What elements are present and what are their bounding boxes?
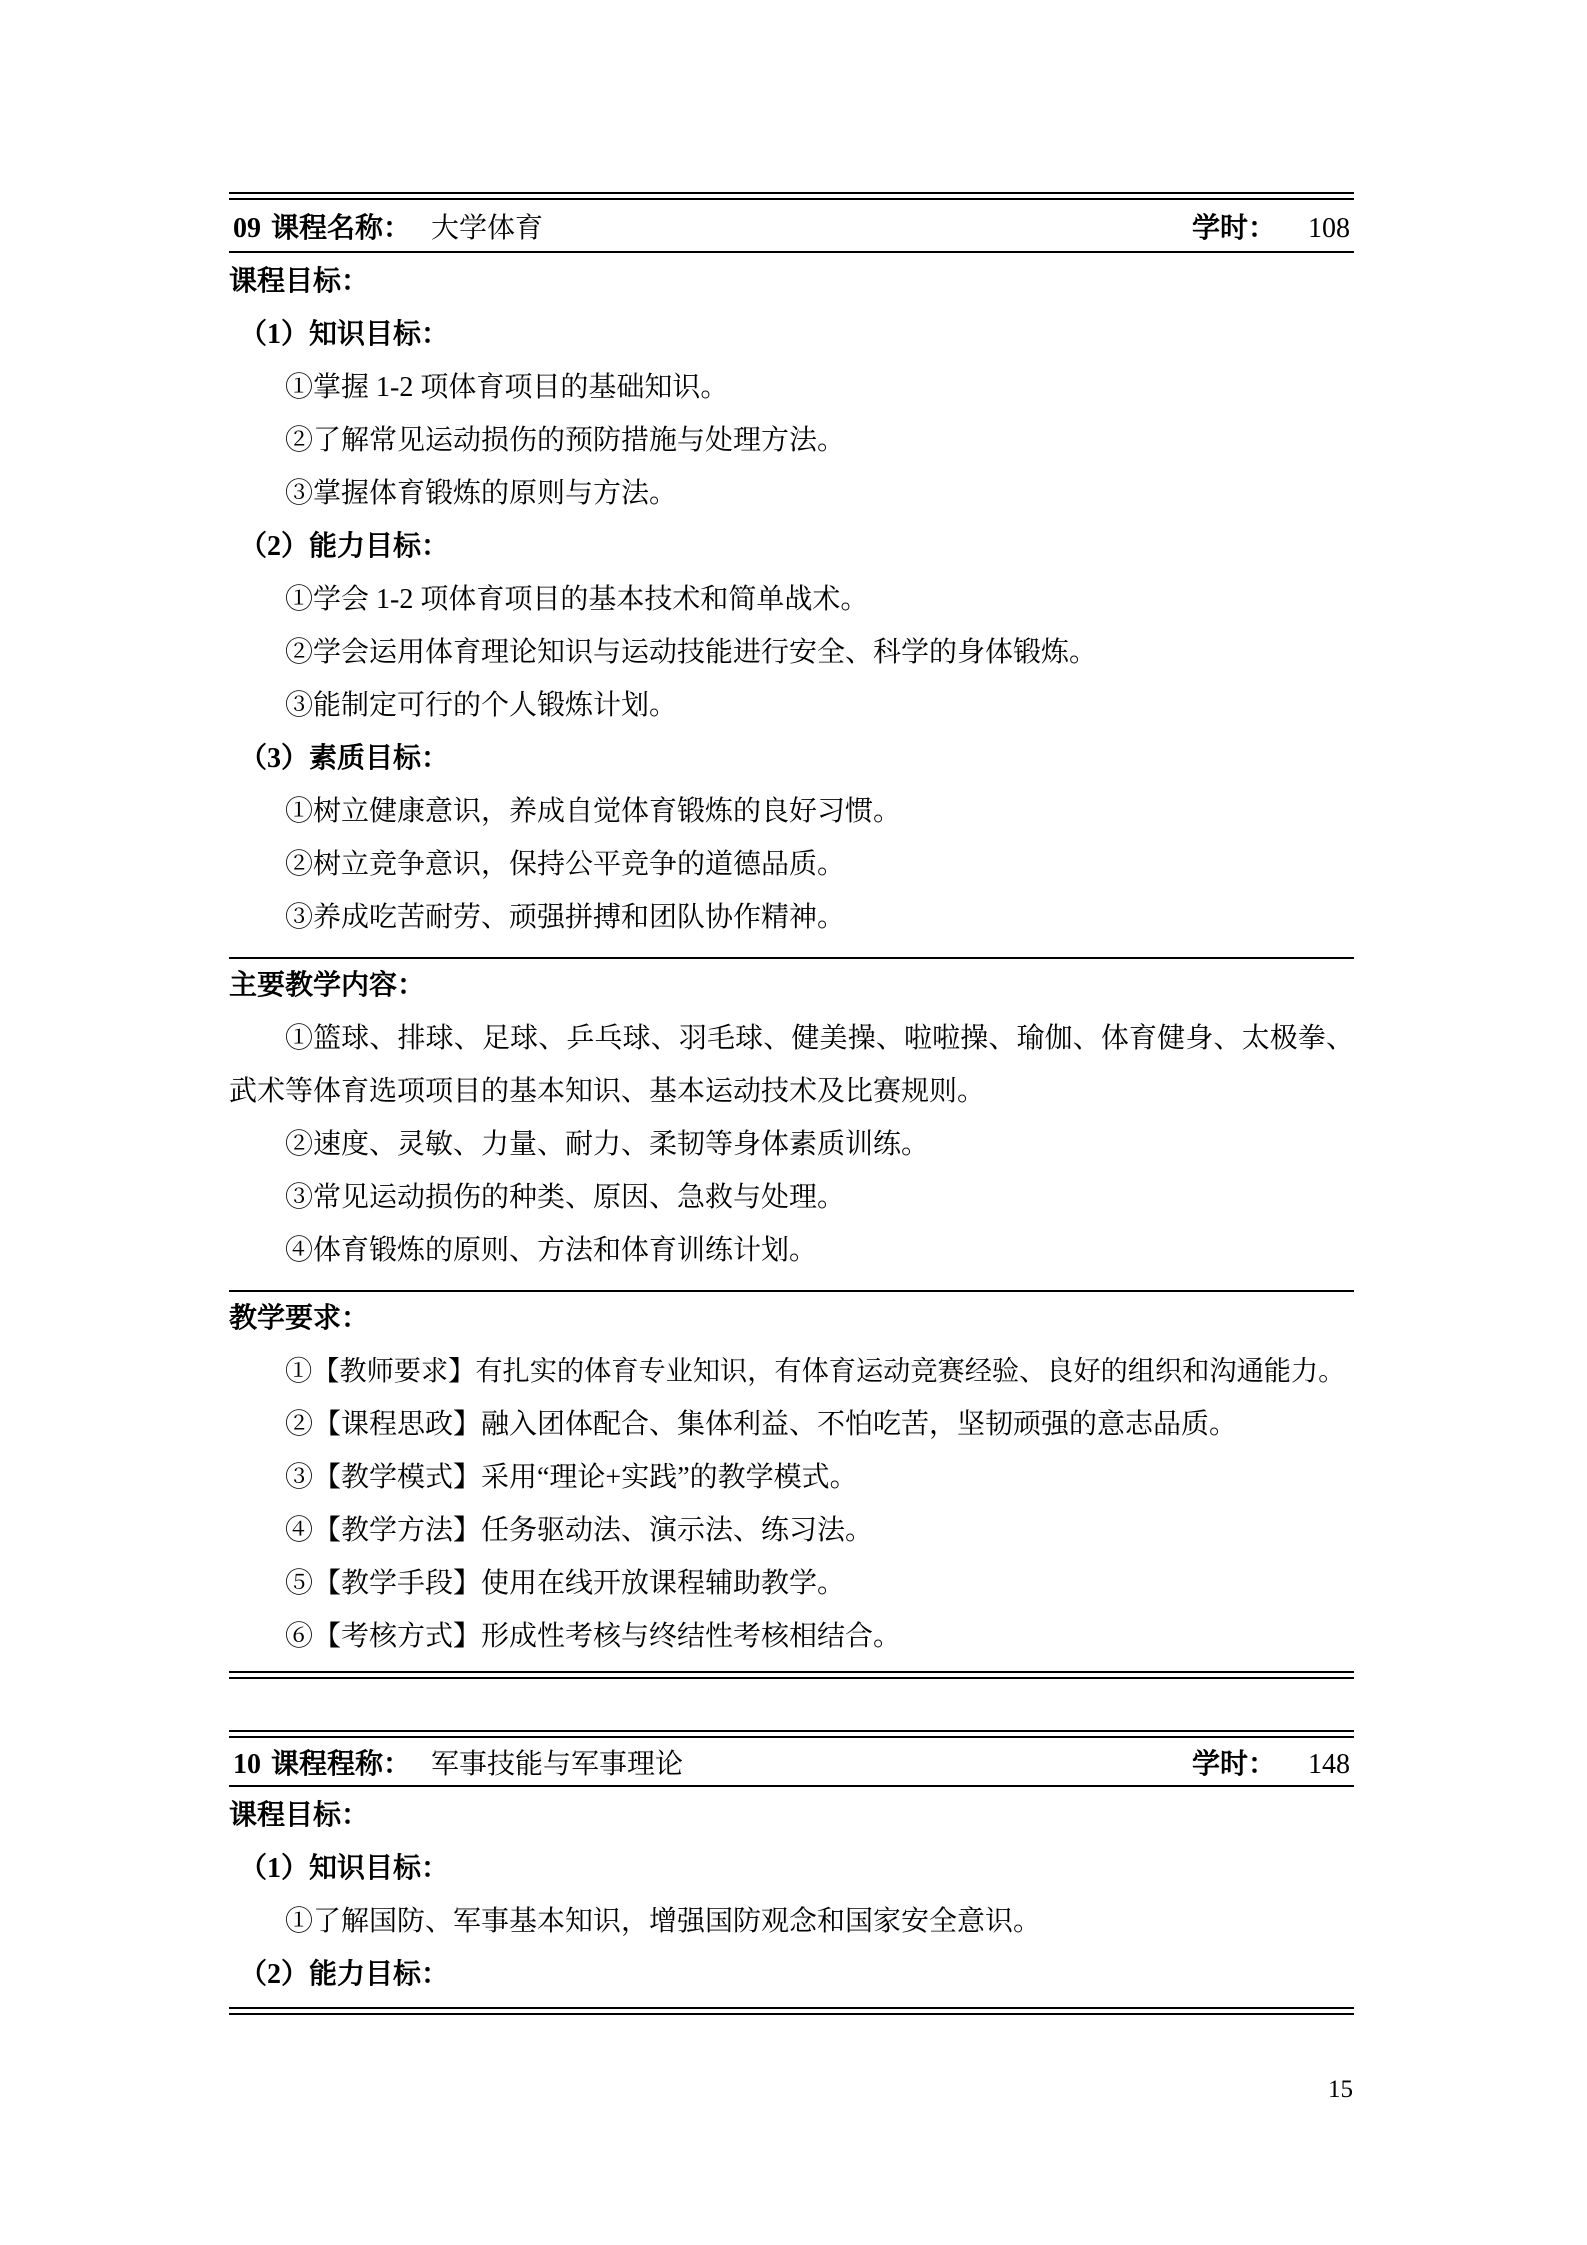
section-heading: 主要教学内容： bbox=[229, 959, 1354, 1012]
objective-item: ③掌握体育锻炼的原则与方法。 bbox=[229, 467, 1354, 520]
course-name-label: 课程程称： bbox=[271, 1742, 411, 1782]
objective-item: ③养成吃苦耐劳、顽强拼搏和团队协作精神。 bbox=[229, 891, 1354, 944]
objective-item: ①掌握 1-2 项体育项目的基础知识。 bbox=[229, 361, 1354, 414]
document-content: 09 课程名称： 大学体育 学时： 108 课程目标： （1）知识目标： ①掌握… bbox=[229, 192, 1354, 2015]
course-goals-part: 课程目标： （1）知识目标： ①掌握 1-2 项体育项目的基础知识。 ②了解常见… bbox=[229, 253, 1354, 944]
course-section-10: 10 课程程称： 军事技能与军事理论 学时： 148 课程目标： （1）知识目标… bbox=[229, 1730, 1354, 2015]
page-number: 15 bbox=[1328, 2076, 1353, 2104]
top-double-rule bbox=[229, 192, 1354, 200]
course-hours-group: 学时： 148 bbox=[1192, 1742, 1350, 1782]
class-hours-value: 148 bbox=[1308, 1749, 1350, 1781]
objective-subheading: （2）能力目标： bbox=[229, 520, 1354, 573]
content-item: ③常见运动损伤的种类、原因、急救与处理。 bbox=[229, 1171, 1354, 1224]
course-title-group: 09 课程名称： 大学体育 bbox=[233, 206, 543, 246]
course-hours-group: 学时： 108 bbox=[1192, 206, 1350, 246]
requirement-item: ②【课程思政】融入团体配合、集体利益、不怕吃苦，坚韧顽强的意志品质。 bbox=[229, 1398, 1354, 1451]
course-number: 09 bbox=[233, 213, 261, 245]
requirement-item: ⑥【考核方式】形成性考核与终结性考核相结合。 bbox=[229, 1610, 1354, 1663]
requirement-item: ③【教学模式】采用“理论+实践”的教学模式。 bbox=[229, 1451, 1354, 1504]
objective-subheading: （1）知识目标： bbox=[229, 1842, 1354, 1895]
bottom-double-rule bbox=[229, 2007, 1354, 2015]
course-title-group: 10 课程程称： 军事技能与军事理论 bbox=[233, 1742, 683, 1782]
content-item: ①篮球、排球、足球、乒乓球、羽毛球、健美操、啦啦操、瑜伽、体育健身、太极拳、武术… bbox=[229, 1012, 1354, 1118]
objective-item: ①树立健康意识，养成自觉体育锻炼的良好习惯。 bbox=[229, 785, 1354, 838]
class-hours-label: 学时： bbox=[1192, 1742, 1276, 1782]
objective-item: ①了解国防、军事基本知识，增强国防观念和国家安全意识。 bbox=[229, 1895, 1354, 1948]
section-heading: 教学要求： bbox=[229, 1292, 1354, 1345]
objective-item: ②了解常见运动损伤的预防措施与处理方法。 bbox=[229, 414, 1354, 467]
content-item: ②速度、灵敏、力量、耐力、柔韧等身体素质训练。 bbox=[229, 1118, 1354, 1171]
requirement-item: ①【教师要求】有扎实的体育专业知识，有体育运动竞赛经验、良好的组织和沟通能力。 bbox=[229, 1345, 1354, 1398]
course-10-header: 10 课程程称： 军事技能与军事理论 学时： 148 bbox=[229, 1738, 1354, 1785]
objective-subheading: （2）能力目标： bbox=[229, 1948, 1354, 2001]
requirement-item: ④【教学方法】任务驱动法、演示法、练习法。 bbox=[229, 1504, 1354, 1557]
course-name-label: 课程名称： bbox=[271, 206, 411, 246]
course-name: 军事技能与军事理论 bbox=[431, 1742, 683, 1782]
objective-item: ①学会 1-2 项体育项目的基本技术和简单战术。 bbox=[229, 573, 1354, 626]
teaching-requirements-part: 教学要求： ①【教师要求】有扎实的体育专业知识，有体育运动竞赛经验、良好的组织和… bbox=[229, 1292, 1354, 1671]
document-page: 09 课程名称： 大学体育 学时： 108 课程目标： （1）知识目标： ①掌握… bbox=[0, 0, 1587, 2245]
top-double-rule bbox=[229, 1730, 1354, 1738]
objective-item: ③能制定可行的个人锻炼计划。 bbox=[229, 679, 1354, 732]
objective-subheading: （1）知识目标： bbox=[229, 308, 1354, 361]
objective-subheading: （3）素质目标： bbox=[229, 732, 1354, 785]
section-heading: 课程目标： bbox=[229, 255, 1354, 308]
content-item: ④体育锻炼的原则、方法和体育训练计划。 bbox=[229, 1224, 1354, 1277]
course-name: 大学体育 bbox=[431, 206, 543, 246]
section-gap bbox=[229, 1679, 1354, 1730]
class-hours-value: 108 bbox=[1308, 213, 1350, 245]
course-09-header: 09 课程名称： 大学体育 学时： 108 bbox=[229, 200, 1354, 251]
course-number: 10 bbox=[233, 1749, 261, 1781]
section-heading: 课程目标： bbox=[229, 1789, 1354, 1842]
requirement-item: ⑤【教学手段】使用在线开放课程辅助教学。 bbox=[229, 1557, 1354, 1610]
objective-item: ②树立竞争意识，保持公平竞争的道德品质。 bbox=[229, 838, 1354, 891]
course-goals-part: 课程目标： （1）知识目标： ①了解国防、军事基本知识，增强国防观念和国家安全意… bbox=[229, 1787, 1354, 2007]
course-section-09: 09 课程名称： 大学体育 学时： 108 课程目标： （1）知识目标： ①掌握… bbox=[229, 192, 1354, 1679]
bottom-double-rule bbox=[229, 1671, 1354, 1679]
class-hours-label: 学时： bbox=[1192, 206, 1276, 246]
teaching-content-part: 主要教学内容： ①篮球、排球、足球、乒乓球、羽毛球、健美操、啦啦操、瑜伽、体育健… bbox=[229, 959, 1354, 1277]
objective-item: ②学会运用体育理论知识与运动技能进行安全、科学的身体锻炼。 bbox=[229, 626, 1354, 679]
